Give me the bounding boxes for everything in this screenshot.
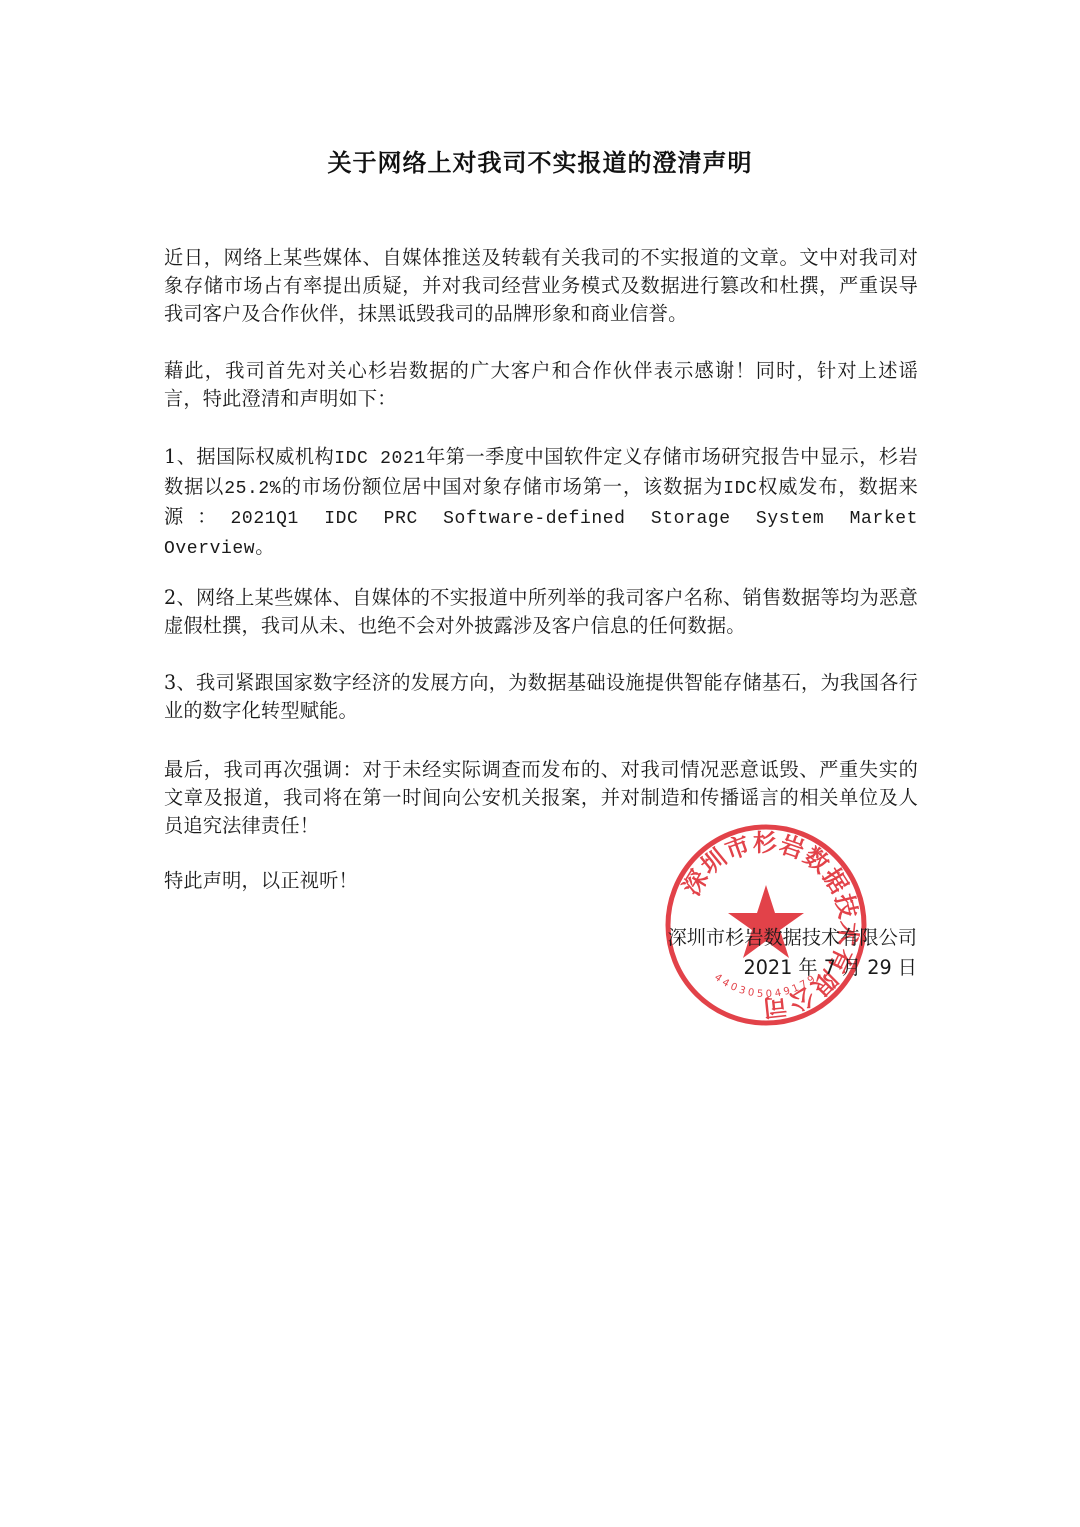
document-title: 关于网络上对我司不实报道的澄清声明 [0, 143, 1080, 178]
point1-suffix: 。 [255, 535, 274, 558]
point1-prefix: 1、据国际权威机构 [164, 445, 334, 468]
signature-block: 深圳市杉岩数据技术有限公司 2021 年 7 月 29 日 [668, 923, 917, 983]
point1-org-year: IDC 2021 [334, 449, 426, 469]
signature-date: 2021 年 7 月 29 日 [668, 953, 917, 983]
point1-text-b: 的市场份额位居中国对象存储市场第一，该数据为 [281, 475, 723, 498]
paragraph-point-1: 1、据国际权威机构IDC 2021年第一季度中国软件定义存储市场研究报告中显示，… [164, 443, 918, 563]
point1-org: IDC [723, 479, 757, 499]
market-share-value: 25.2% [224, 479, 281, 499]
data-source: 2021Q1 IDC PRC Software-defined Storage … [164, 509, 918, 559]
paragraph-point-2: 2、网络上某些媒体、自媒体的不实报道中所列举的我司客户名称、销售数据等均为恶意虚… [164, 584, 918, 640]
document-page: 关于网络上对我司不实报道的澄清声明 近日，网络上某些媒体、自媒体推送及转载有关我… [0, 0, 1080, 1527]
paragraph-intro: 近日，网络上某些媒体、自媒体推送及转载有关我司的不实报道的文章。文中对我司对象存… [164, 244, 918, 328]
paragraph-thanks: 藉此，我司首先对关心杉岩数据的广大客户和合作伙伴表示感谢！同时，针对上述谣言，特… [164, 357, 918, 413]
paragraph-point-3: 3、我司紧跟国家数字经济的发展方向，为数据基础设施提供智能存储基石，为我国各行业… [164, 669, 918, 725]
company-name: 深圳市杉岩数据技术有限公司 [668, 923, 917, 953]
